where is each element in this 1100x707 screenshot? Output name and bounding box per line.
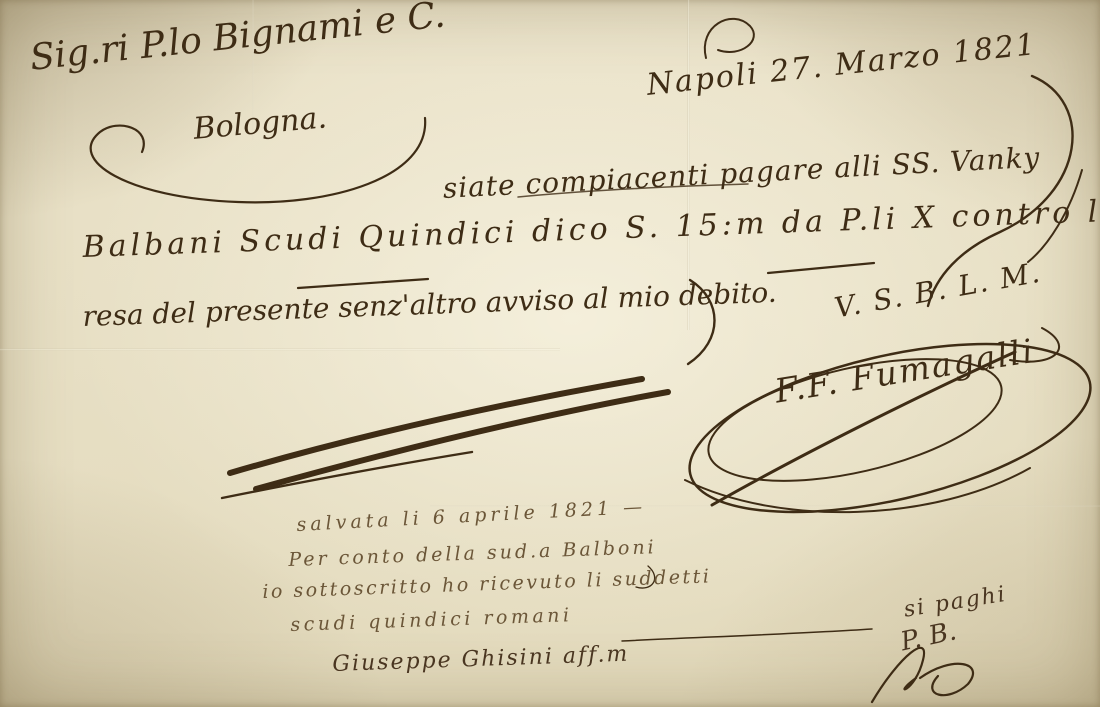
receipt-trailing-dash bbox=[622, 629, 872, 641]
underline-sum bbox=[768, 263, 874, 273]
cancellation-stroke-2 bbox=[256, 392, 668, 489]
document-page: Sig.ri P.lo Bignami e C. Bologna. Napoli… bbox=[0, 0, 1100, 707]
signature-fumagalli: F.F. Fumagalli bbox=[772, 331, 1037, 411]
addressee-name: Sig.ri P.lo Bignami e C. bbox=[28, 0, 447, 79]
dateline-curl bbox=[705, 19, 754, 58]
receipt-line-4: scudi quindici romani bbox=[290, 604, 573, 636]
fold-crease-horizontal bbox=[0, 348, 560, 351]
paraph-curl-2 bbox=[920, 664, 973, 695]
signature-receipt: Giuseppe Ghisini aff.m bbox=[332, 642, 630, 677]
cancellation-stroke-1 bbox=[230, 379, 642, 473]
signature-flourish-ellipse-1 bbox=[674, 312, 1100, 545]
paraph-curl-1 bbox=[872, 648, 924, 702]
acceptance-sigla: V. S. B. L. M. bbox=[832, 256, 1044, 325]
signature-flourish-tail bbox=[685, 468, 1030, 512]
dateline: Napoli 27. Marzo 1821 bbox=[645, 27, 1039, 103]
underline-quindici bbox=[298, 279, 428, 288]
payment-order-text: si paghi bbox=[902, 582, 1008, 623]
body-line-3: resa del presente senz'altro avviso al m… bbox=[82, 276, 777, 333]
receipt-line-3: io sottoscritto ho ricevuto li suddetti bbox=[262, 565, 712, 603]
receipt-line-2: Per conto della sud.a Balboni bbox=[288, 536, 657, 571]
body-line-1: siate compiacenti pagare alli SS. Vanky bbox=[442, 141, 1041, 205]
cancellation-stroke-3 bbox=[222, 452, 472, 498]
receipt-line-1: salvata li 6 aprile 1821 — bbox=[296, 496, 647, 536]
addressee-city: Bologna. bbox=[192, 100, 328, 147]
body-line-2: Balbani Scudi Quindici dico S. 15:m da P… bbox=[82, 194, 1100, 265]
